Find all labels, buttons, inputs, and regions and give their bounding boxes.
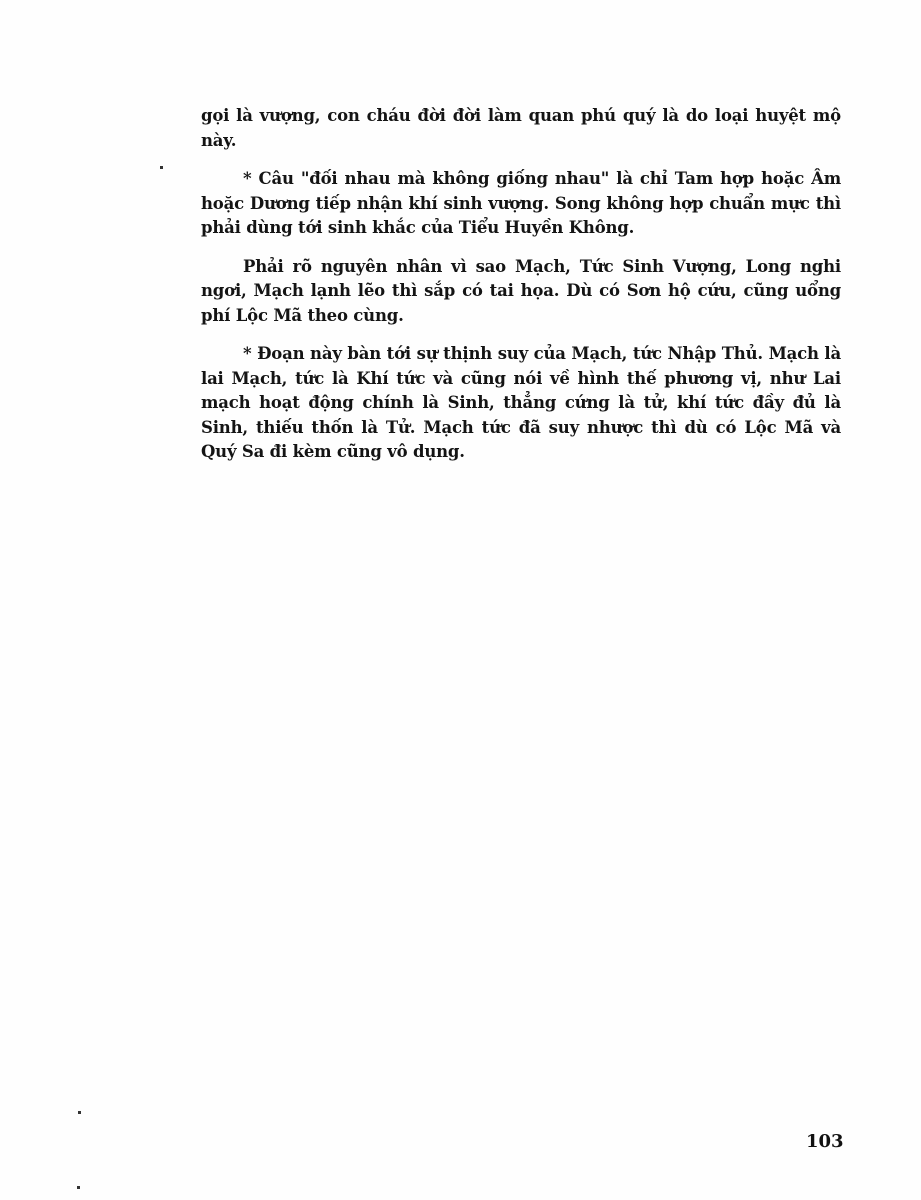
- paragraph-4: * Đoạn này bàn tới sự thịnh suy của Mạch…: [201, 342, 841, 465]
- body-text: gọi là vượng, con cháu đời đời làm quan …: [201, 104, 841, 479]
- paragraph-2: * Câu "đối nhau mà không giống nhau" là …: [201, 167, 841, 241]
- scan-speck: [77, 1186, 80, 1189]
- page-number: 103: [806, 1131, 844, 1152]
- paragraph-3: Phải rõ nguyên nhân vì sao Mạch, Tức Sin…: [201, 255, 841, 329]
- document-page: gọi là vượng, con cháu đời đời làm quan …: [0, 0, 921, 1200]
- scan-speck: [78, 1111, 81, 1114]
- scan-speck: [160, 166, 163, 169]
- paragraph-1: gọi là vượng, con cháu đời đời làm quan …: [201, 104, 841, 153]
